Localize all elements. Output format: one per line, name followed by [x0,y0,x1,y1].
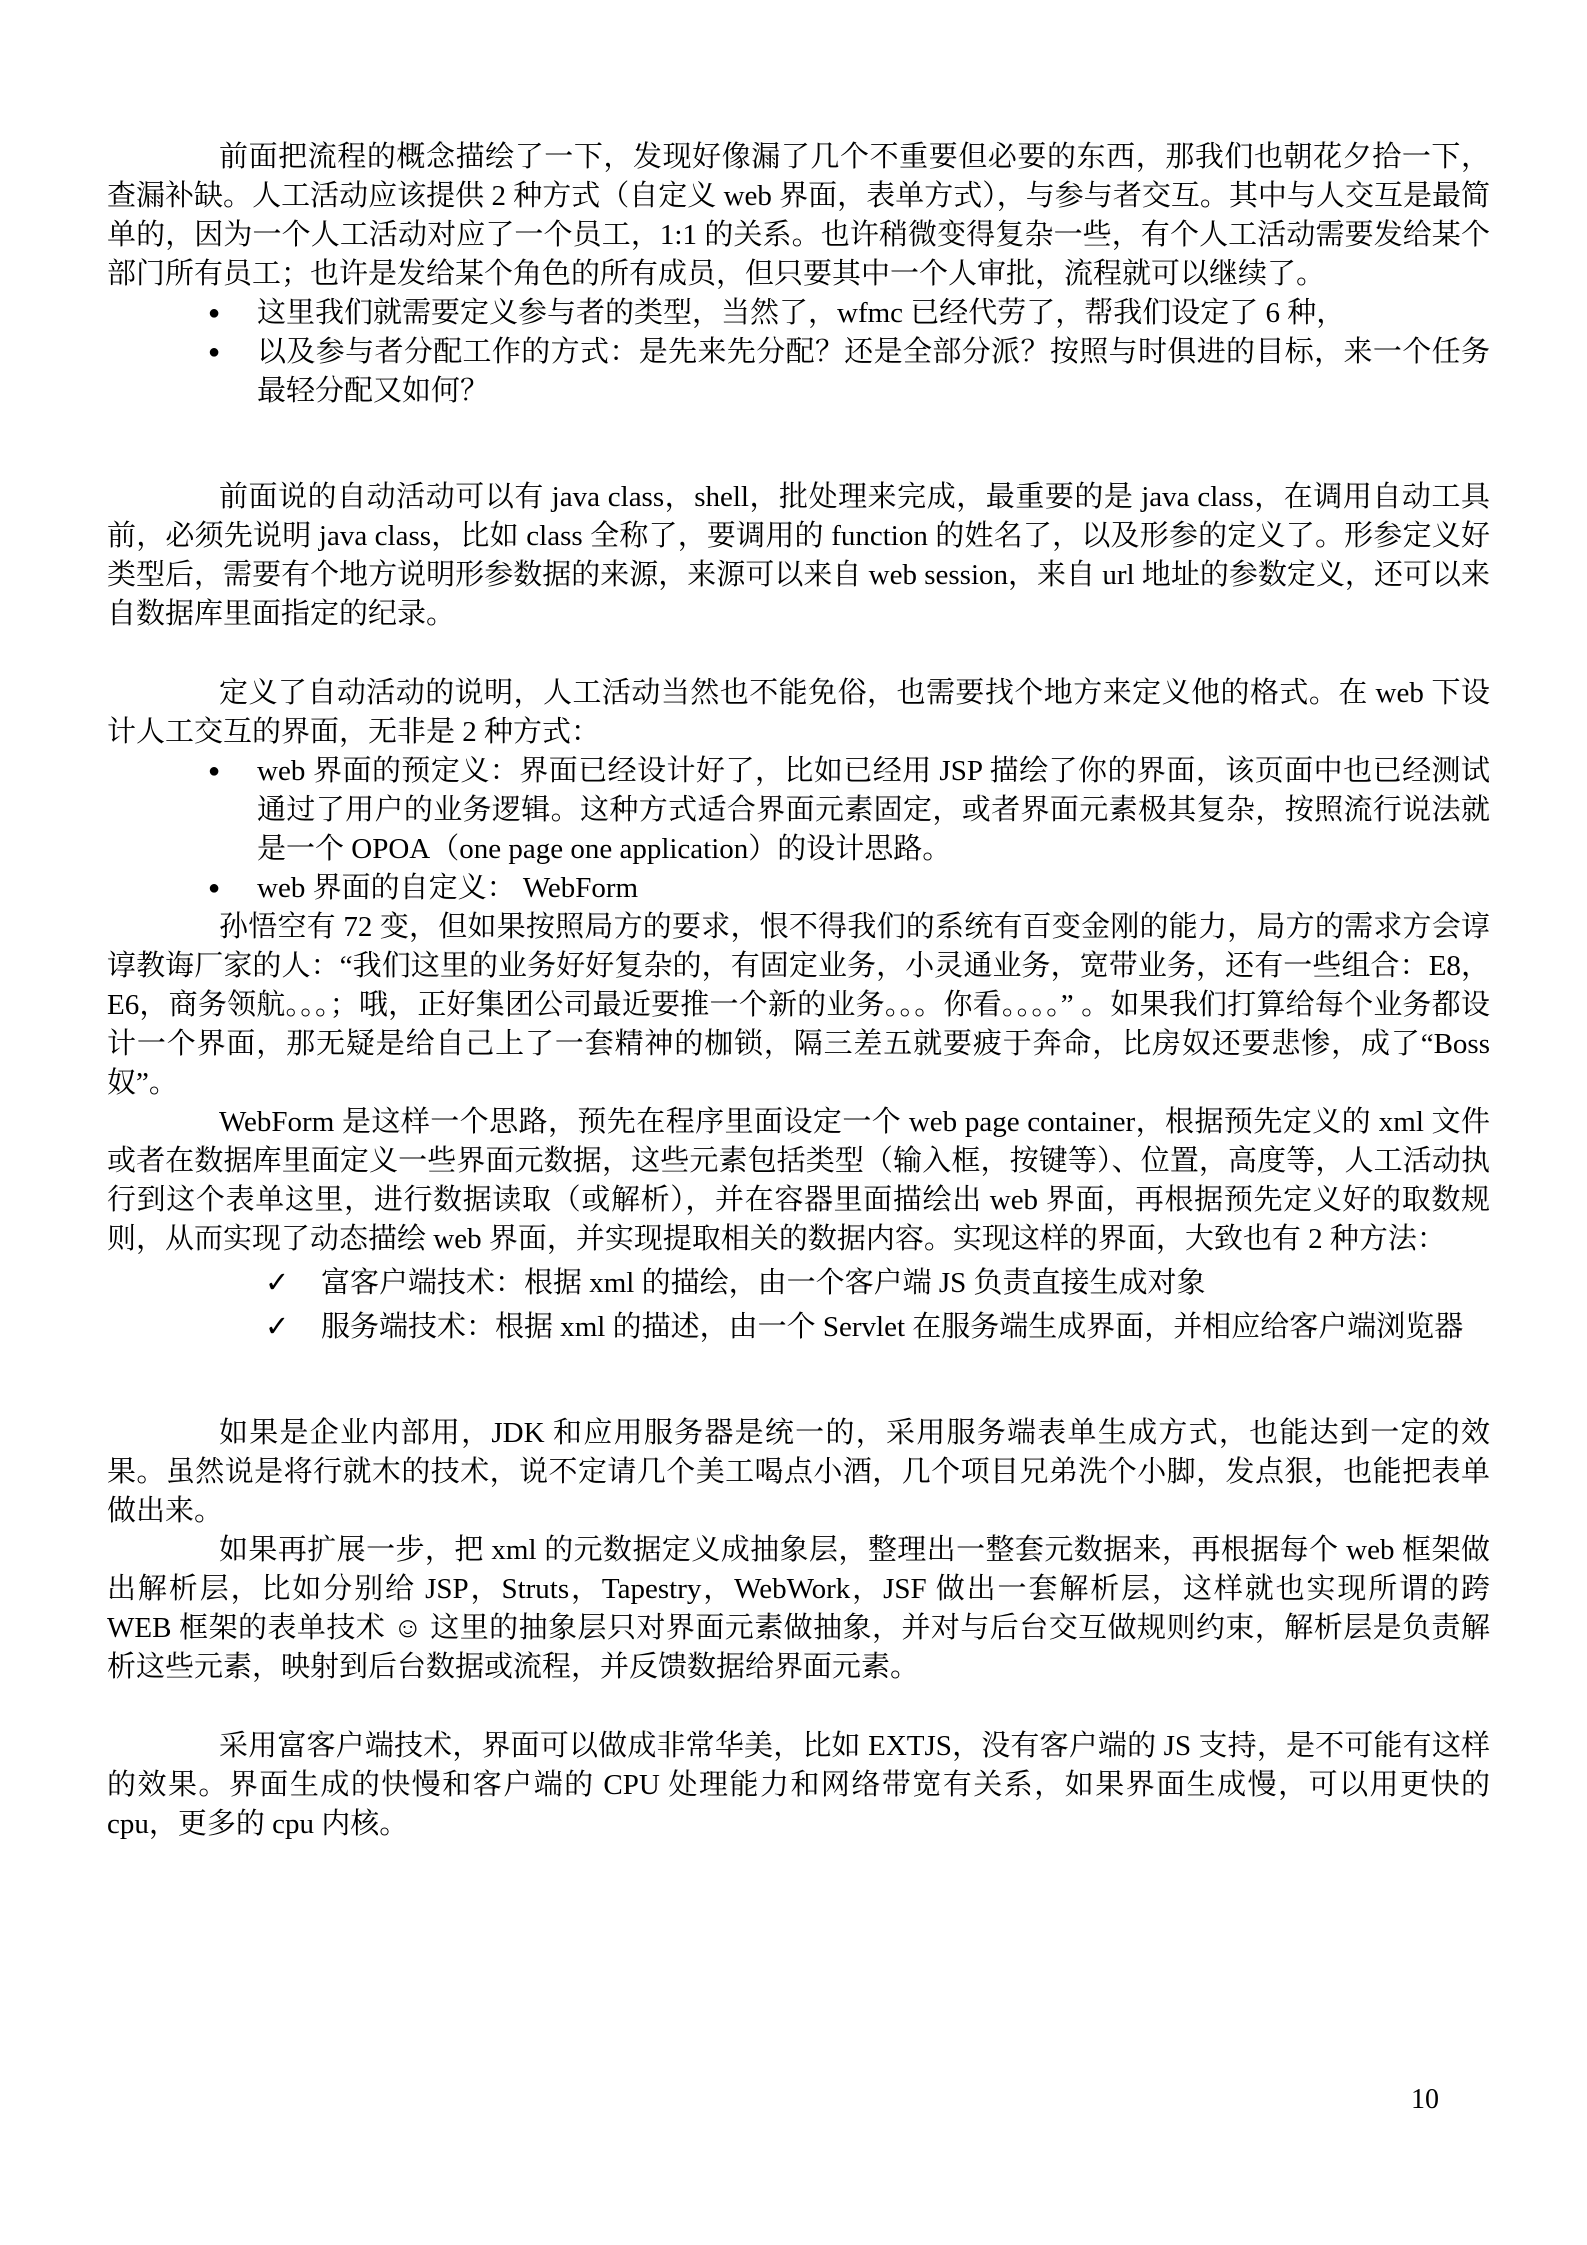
paragraph-enterprise-internal: 如果是企业内部用，JDK 和应用服务器是统一的，采用服务端表单生成方式，也能达到… [107,1414,1490,1531]
bullet-text: web 界面的预定义：界面已经设计好了，比如已经用 JSP 描绘了你的界面，该页… [257,752,1490,869]
paragraph-xml-abstraction: 如果再扩展一步，把 xml 的元数据定义成抽象层，整理出一整套元数据来，再根据每… [107,1531,1490,1687]
paragraph-manual-activity-format: 定义了自动活动的说明，人工活动当然也不能免俗，也需要找个地方来定义他的格式。在 … [107,674,1490,752]
document-page: 前面把流程的概念描绘了一下，发现好像漏了几个不重要但必要的东西，那我们也朝花夕拾… [0,0,1587,2245]
paragraph-webform-idea: WebForm 是这样一个思路，预先在程序里面设定一个 web page con… [107,1103,1490,1259]
bullet-item-web-custom: ● web 界面的自定义： WebForm [107,869,1490,908]
checkmark-icon: ✓ [107,1264,321,1303]
check-item-rich-client: ✓ 富客户端技术：根据 xml 的描绘，由一个客户端 JS 负责直接生成对象 [107,1264,1490,1303]
bullet-item-web-predefined: ● web 界面的预定义：界面已经设计好了，比如已经用 JSP 描绘了你的界面，… [107,752,1490,869]
paragraph-auto-activity: 前面说的自动活动可以有 java class，shell，批处理来完成，最重要的… [107,478,1490,634]
checkmark-icon: ✓ [107,1308,321,1347]
check-text: 富客户端技术：根据 xml 的描绘，由一个客户端 JS 负责直接生成对象 [321,1264,1490,1303]
bullet-icon: ● [107,869,257,908]
check-text: 服务端技术：根据 xml 的描述，由一个 Servlet 在服务端生成界面，并相… [321,1308,1490,1347]
bullet-text: web 界面的自定义： WebForm [257,869,1490,908]
bullet-text: 以及参与者分配工作的方式：是先来先分配？还是全部分派？按照与时俱进的目标，来一个… [257,333,1490,411]
bullet-item-participant-types: ● 这里我们就需要定义参与者的类型，当然了，wfmc 已经代劳了，帮我们设定了 … [107,294,1490,333]
check-item-server-side: ✓ 服务端技术：根据 xml 的描述，由一个 Servlet 在服务端生成界面，… [107,1308,1490,1347]
bullet-icon: ● [107,333,257,411]
bullet-icon: ● [107,752,257,869]
paragraph-rich-client-extjs: 采用富客户端技术，界面可以做成非常华美，比如 EXTJS，没有客户端的 JS 支… [107,1727,1490,1844]
page-number: 10 [1411,2084,1439,2116]
paragraph-sun-wukong: 孙悟空有 72 变，但如果按照局方的要求，恨不得我们的系统有百变金刚的能力，局方… [107,908,1490,1103]
page-content: 前面把流程的概念描绘了一下，发现好像漏了几个不重要但必要的东西，那我们也朝花夕拾… [107,138,1490,1844]
bullet-item-work-assignment: ● 以及参与者分配工作的方式：是先来先分配？还是全部分派？按照与时俱进的目标，来… [107,333,1490,411]
bullet-icon: ● [107,294,257,333]
bullet-text: 这里我们就需要定义参与者的类型，当然了，wfmc 已经代劳了，帮我们设定了 6 … [257,294,1490,333]
paragraph-process-recap: 前面把流程的概念描绘了一下，发现好像漏了几个不重要但必要的东西，那我们也朝花夕拾… [107,138,1490,294]
